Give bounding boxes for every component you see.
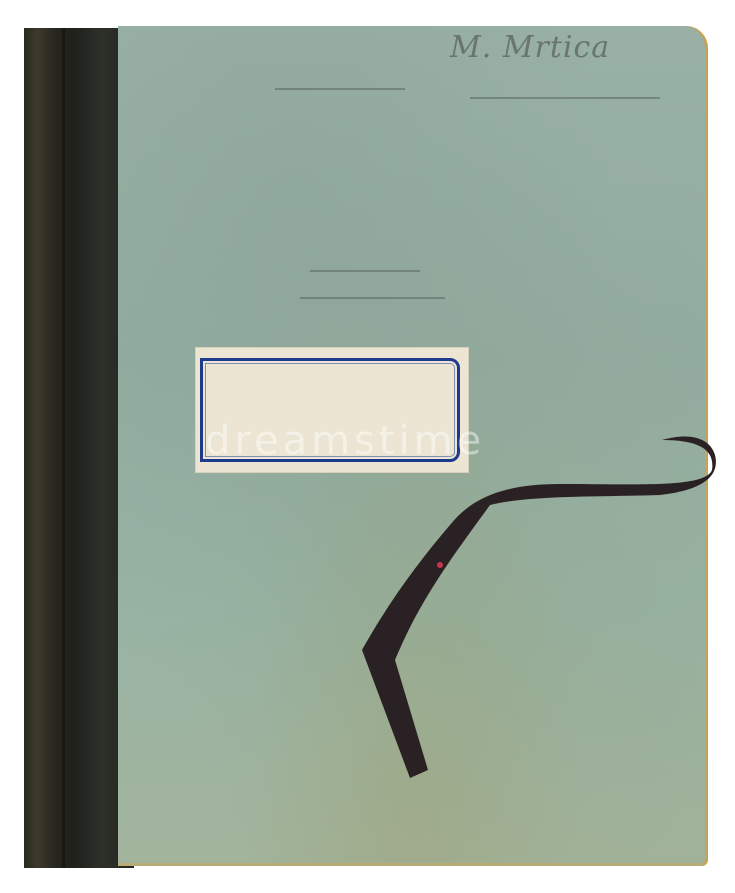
ribbon-tie — [0, 0, 735, 893]
notebook-photo: M. Mrtica dreamstime — [0, 0, 735, 893]
